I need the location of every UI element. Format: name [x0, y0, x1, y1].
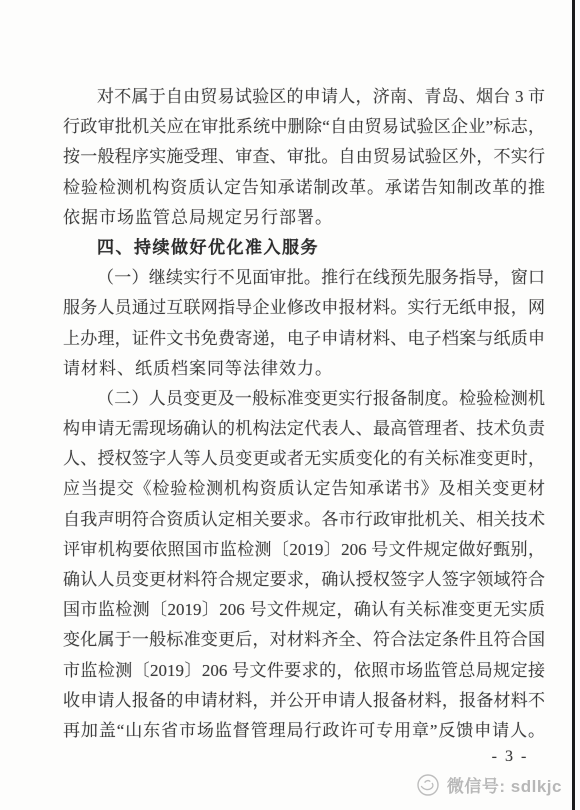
document-line: 检验检测机构资质认定告知承诺制改革。承诺告知制改革的推广，: [63, 173, 545, 203]
document-lines: 对不属于自由贸易试验区的申请人，济南、青岛、烟台 3 市行政审批机关应在审批系统…: [63, 82, 545, 746]
document-line: 请材料、纸质档案同等法律效力。: [63, 354, 545, 384]
document-line: 变化属于一般标准变更后，对材料齐全、符合法定条件且符合国: [63, 625, 545, 655]
document-line: 确认人员变更材料符合规定要求，确认授权签字人签字领域符合: [63, 565, 545, 595]
document-line: 服务人员通过互联网指导企业修改申报材料。实行无纸申报，网: [63, 293, 545, 323]
document-line: 按一般程序实施受理、审查、审批。自由贸易试验区外，不实行: [63, 142, 545, 172]
document-line: 行政审批机关应在审批系统中删除“自由贸易试验区企业”标志，: [63, 112, 545, 142]
document-line: 市监检测〔2019〕206 号文件要求的，依照市场监管总局规定接: [63, 656, 545, 686]
watermark-label: 微信号: sdlkjc: [447, 772, 562, 797]
watermark: 微信号: sdlkjc: [416, 772, 562, 797]
section-heading: 四、持续做好优化准入服务: [63, 233, 545, 263]
document-line: 构申请无需现场确认的机构法定代表人、最高管理者、技术负责: [63, 414, 545, 444]
document-line: （二）人员变更及一般标准变更实行报备制度。检验检测机: [63, 384, 545, 414]
document-line: 评审机构要依照国市监检测〔2019〕206 号文件规定做好甄别，: [63, 535, 545, 565]
document-line: 再加盖“山东省市场监督管理局行政许可专用章”反馈申请人。: [63, 716, 545, 746]
document-line: 依据市场监管总局规定另行部署。: [63, 203, 545, 233]
wechat-account-logo-icon: [416, 773, 440, 797]
document-line: 应当提交《检验检测机构资质认定告知承诺书》及相关变更材料，: [63, 474, 545, 504]
document-line: 自我声明符合资质认定相关要求。各市行政审批机关、相关技术: [63, 505, 545, 535]
document-line: 人、授权签字人等人员变更或者无实质变化的有关标准变更时，: [63, 444, 545, 474]
document-line: （一）继续实行不见面审批。推行在线预先服务指导，窗口: [63, 263, 545, 293]
document-line: 国市监检测〔2019〕206 号文件规定，确认有关标准变更无实质: [63, 595, 545, 625]
page-edge-line: [572, 0, 575, 810]
document-line: 收申请人报备的申请材料，并公开申请人报备材料，报备材料不: [63, 686, 545, 716]
document-line: 对不属于自由贸易试验区的申请人，济南、青岛、烟台 3 市: [63, 82, 545, 112]
page-number: - 3 -: [470, 745, 550, 769]
document-line: 上办理，证件文书免费寄递，电子申请材料、电子档案与纸质申: [63, 324, 545, 354]
scanned-document-page: 对不属于自由贸易试验区的申请人，济南、青岛、烟台 3 市行政审批机关应在审批系统…: [0, 0, 580, 810]
